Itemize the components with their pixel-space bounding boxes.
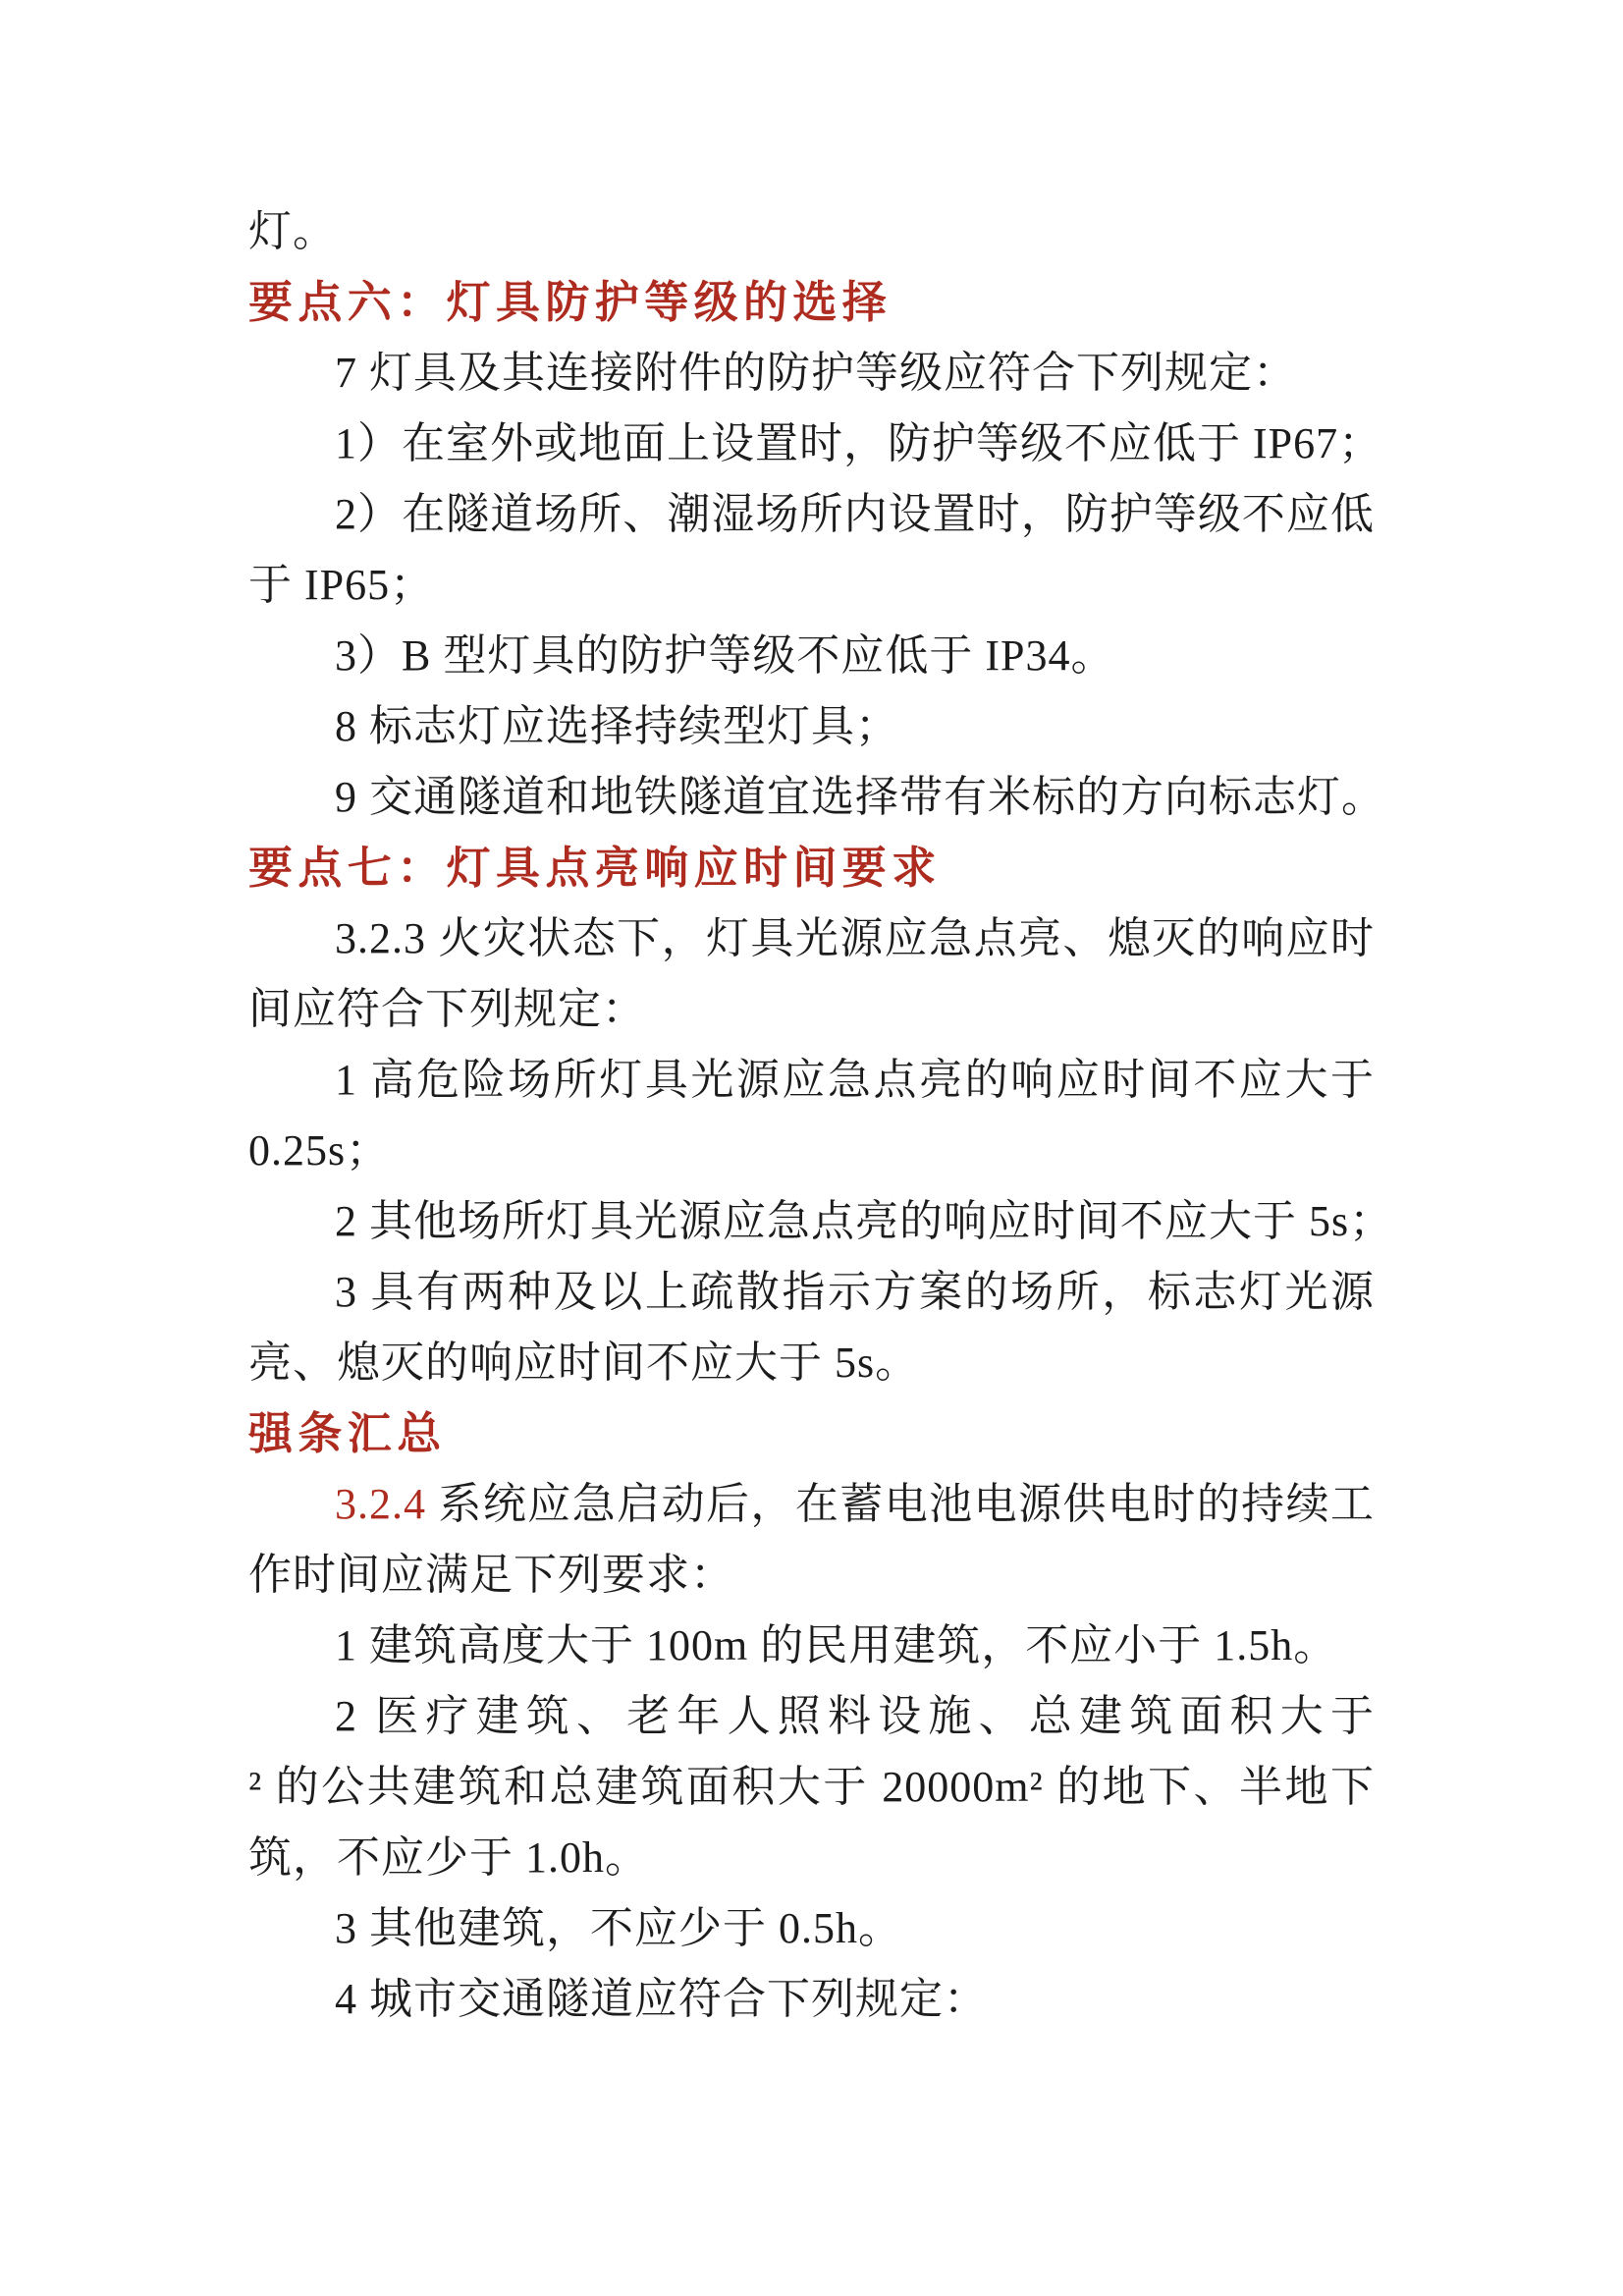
- text-line-content: 3 其他建筑，不应少于 0.5h。: [335, 1904, 902, 1952]
- text-line: 0.25s；: [248, 1116, 1375, 1186]
- text-line: 作时间应满足下列要求：: [248, 1540, 1375, 1611]
- text-line: 8 标志灯应选择持续型灯具；: [248, 691, 1375, 762]
- text-line-content: 1 建筑高度大于 100m 的民用建筑，不应小于 1.5h。: [335, 1621, 1337, 1669]
- text-line-content: 8 标志灯应选择持续型灯具；: [335, 702, 899, 750]
- text-line: 灯。: [248, 196, 1375, 267]
- text-line-content: 灯。: [248, 207, 337, 255]
- section-heading: 要点七：灯具点亮响应时间要求: [248, 833, 1375, 903]
- text-line: 3.2.3 火灾状态下，灯具光源应急点亮、熄灭的响应时: [248, 903, 1375, 974]
- text-line-content: 4 城市交通隧道应符合下列规定：: [335, 1975, 988, 2023]
- text-line-content: ² 的公共建筑和总建筑面积大于 20000m² 的地下、半地下建: [248, 1763, 1375, 1823]
- text-line: ² 的公共建筑和总建筑面积大于 20000m² 的地下、半地下建: [248, 1752, 1375, 1823]
- section-heading-label: 强条汇总: [248, 1409, 447, 1458]
- text-line-content: 9 交通隧道和地铁隧道宜选择带有米标的方向标志灯。: [335, 773, 1375, 821]
- text-line-content: 0.25s；: [248, 1126, 390, 1175]
- document-page: 灯。要点六：灯具防护等级的选择7 灯具及其连接附件的防护等级应符合下列规定：1）…: [0, 0, 1623, 2296]
- text-line: 2）在隧道场所、潮湿场所内设置时，防护等级不应低: [248, 479, 1375, 550]
- text-line: 2 医疗建筑、老年人照料设施、总建筑面积大于 100000m: [248, 1681, 1375, 1752]
- text-line-content: 3 具有两种及以上疏散指示方案的场所，标志灯光源点: [248, 1268, 1375, 1328]
- text-line: 3.2.4 系统应急启动后，在蓄电池电源供电时的持续工: [248, 1469, 1375, 1540]
- section-heading: 要点六：灯具防护等级的选择: [248, 267, 1375, 338]
- section-heading-label: 要点六：灯具防护等级的选择: [248, 278, 892, 327]
- text-line: 1 高危险场所灯具光源应急点亮的响应时间不应大于: [248, 1045, 1375, 1116]
- text-line-content: 作时间应满足下列要求：: [248, 1551, 734, 1599]
- text-line: 1 建筑高度大于 100m 的民用建筑，不应小于 1.5h。: [248, 1611, 1375, 1681]
- text-line: 3）B 型灯具的防护等级不应低于 IP34。: [248, 621, 1375, 691]
- text-line: 9 交通隧道和地铁隧道宜选择带有米标的方向标志灯。: [248, 762, 1375, 833]
- text-line: 筑，不应少于 1.0h。: [248, 1823, 1375, 1893]
- text-line-content: 亮、熄灭的响应时间不应大于 5s。: [248, 1339, 919, 1387]
- text-line-content: 3.2.3 火灾状态下，灯具光源应急点亮、熄灭的响应时: [335, 914, 1375, 962]
- text-line-content: 3）B 型灯具的防护等级不应低于 IP34。: [335, 631, 1114, 680]
- text-line-content: 1）在室外或地面上设置时，防护等级不应低于 IP67；: [335, 419, 1375, 467]
- section-heading-label: 要点七：灯具点亮响应时间要求: [248, 844, 942, 893]
- text-line: 1）在室外或地面上设置时，防护等级不应低于 IP67；: [248, 409, 1375, 479]
- section-heading: 强条汇总: [248, 1398, 1375, 1469]
- text-line-content: 2 医疗建筑、老年人照料设施、总建筑面积大于 100000m: [248, 1692, 1375, 1752]
- text-line: 7 灯具及其连接附件的防护等级应符合下列规定：: [248, 338, 1375, 409]
- text-line: 2 其他场所灯具光源应急点亮的响应时间不应大于 5s；: [248, 1186, 1375, 1257]
- text-line: 亮、熄灭的响应时间不应大于 5s。: [248, 1328, 1375, 1398]
- document-body: 灯。要点六：灯具防护等级的选择7 灯具及其连接附件的防护等级应符合下列规定：1）…: [0, 0, 1623, 2035]
- text-line-content: 筑，不应少于 1.0h。: [248, 1833, 649, 1882]
- text-line-content: 2）在隧道场所、潮湿场所内设置时，防护等级不应低: [335, 490, 1375, 538]
- text-line: 于 IP65；: [248, 550, 1375, 621]
- text-line-content: 1 高危险场所灯具光源应急点亮的响应时间不应大于: [335, 1056, 1375, 1104]
- text-line-content: 系统应急启动后，在蓄电池电源供电时的持续工: [426, 1480, 1375, 1528]
- text-line: 间应符合下列规定：: [248, 974, 1375, 1045]
- text-line: 3 其他建筑，不应少于 0.5h。: [248, 1893, 1375, 1964]
- text-line-content: 间应符合下列规定：: [248, 985, 646, 1033]
- clause-number: 3.2.4: [335, 1480, 426, 1528]
- text-line: 3 具有两种及以上疏散指示方案的场所，标志灯光源点: [248, 1257, 1375, 1328]
- text-line-content: 7 灯具及其连接附件的防护等级应符合下列规定：: [335, 349, 1297, 397]
- text-line-content: 于 IP65；: [248, 561, 434, 609]
- text-line: 4 城市交通隧道应符合下列规定：: [248, 1964, 1375, 2035]
- text-line-content: 2 其他场所灯具光源应急点亮的响应时间不应大于 5s；: [335, 1197, 1375, 1245]
